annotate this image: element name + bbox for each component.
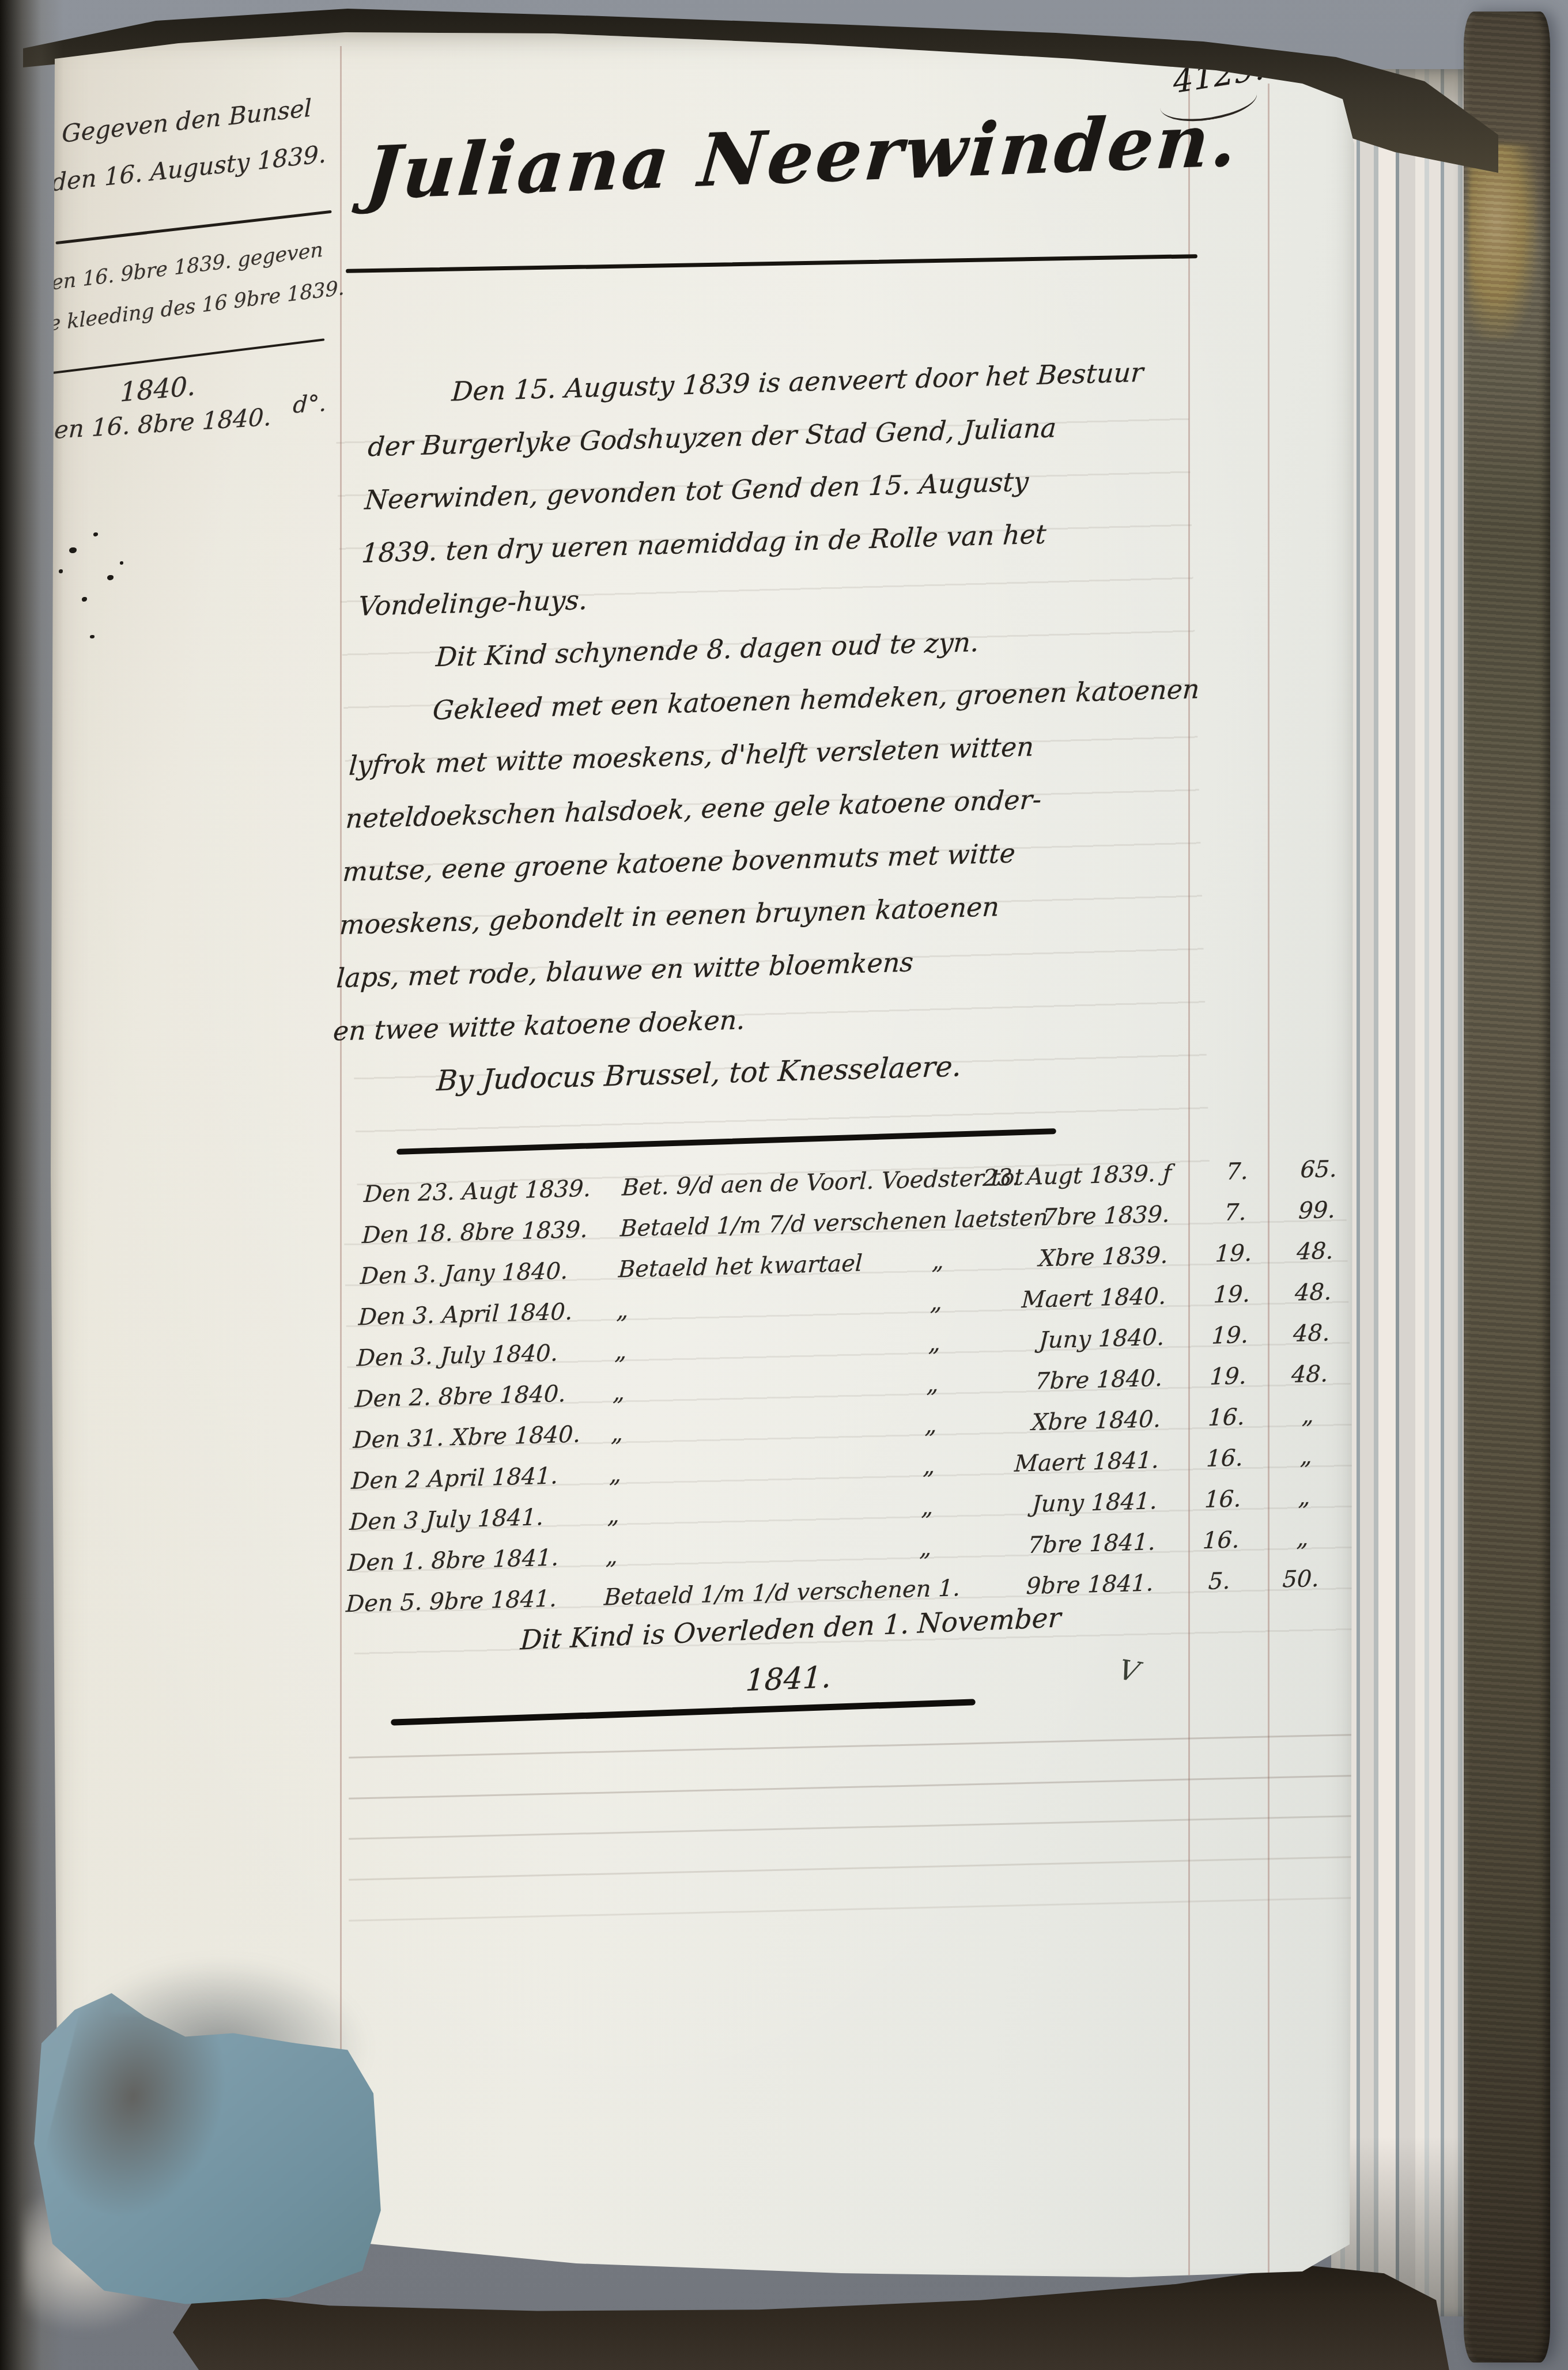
ink-speck bbox=[82, 597, 87, 602]
ink-speck bbox=[107, 575, 114, 580]
payment-period: 7bre 1839. bbox=[955, 1201, 1170, 1233]
payment-cents: 48. bbox=[1269, 1319, 1354, 1348]
payment-cents: 48. bbox=[1273, 1237, 1358, 1266]
register-book-photo: 4129. Gegeven den Bunsel den 16. Augusty… bbox=[0, 0, 1568, 2370]
entry-paragraph: Den 15. Augusty 1839 is aenveert door he… bbox=[328, 343, 1219, 1111]
payment-period: Maert 1841. bbox=[944, 1447, 1159, 1479]
payment-cents: 48. bbox=[1267, 1360, 1352, 1389]
payment-period: Maert 1840. bbox=[951, 1283, 1167, 1316]
payment-guilders: 19. bbox=[1192, 1280, 1272, 1309]
payment-cents: 99. bbox=[1275, 1196, 1359, 1225]
payment-guilders: 7. bbox=[1197, 1158, 1278, 1186]
ink-speck bbox=[93, 532, 98, 536]
payment-guilders: 5. bbox=[1179, 1567, 1260, 1596]
payment-guilders: 7. bbox=[1195, 1199, 1276, 1227]
payment-guilders: 16. bbox=[1181, 1526, 1261, 1555]
payment-guilders: 19. bbox=[1188, 1362, 1268, 1391]
payment-period: 7bre 1840. bbox=[947, 1365, 1163, 1397]
payment-guilders: 19. bbox=[1193, 1239, 1274, 1268]
payment-guilders: 19. bbox=[1189, 1321, 1270, 1350]
payment-guilders: 16. bbox=[1184, 1444, 1265, 1473]
ditto-mark: „ bbox=[905, 1534, 946, 1562]
margin-note-line: Den 16. 8bre 1840. bbox=[34, 403, 272, 445]
ink-speck bbox=[69, 547, 77, 553]
payment-guilders: 16. bbox=[1186, 1403, 1267, 1432]
payment-cents: 65. bbox=[1276, 1155, 1361, 1184]
blank-ruled-line bbox=[349, 1856, 1351, 1880]
blank-ruled-line bbox=[349, 1897, 1351, 1921]
payment-cents: „ bbox=[1264, 1442, 1348, 1471]
payment-cents: 50. bbox=[1259, 1565, 1343, 1594]
payment-period: Juny 1840. bbox=[950, 1324, 1165, 1356]
margin-note-year-1840: 1840. bbox=[120, 370, 196, 408]
ditto-mark: „ bbox=[910, 1412, 951, 1439]
payment-period: Xbre 1840. bbox=[946, 1406, 1161, 1438]
payment-period: Juny 1841. bbox=[942, 1488, 1158, 1520]
ink-speck bbox=[120, 561, 123, 565]
blank-ruled-line bbox=[349, 1775, 1351, 1799]
payment-period: Xbre 1839. bbox=[953, 1242, 1169, 1275]
ink-speck bbox=[90, 635, 95, 638]
book-gutter-shadow bbox=[0, 0, 63, 2370]
payments-table: Den 23. Augt 1839. Bet. 9/d aen de Voorl… bbox=[345, 1155, 1361, 1632]
payment-guilders: 16. bbox=[1182, 1485, 1263, 1514]
payment-cents: „ bbox=[1262, 1483, 1347, 1512]
title-underline bbox=[346, 254, 1197, 273]
payment-cents: „ bbox=[1260, 1524, 1345, 1553]
payment-period: 7bre 1841. bbox=[940, 1529, 1156, 1561]
margin-note-kleeding: Den 16. 9bre 1839. gegeven de kleeding d… bbox=[35, 228, 340, 346]
ditto-mark: „ bbox=[916, 1288, 957, 1316]
margin-divider-rule bbox=[36, 338, 325, 376]
margin-note-1840-clothing: Den 16. 8bre 1840. d°. bbox=[34, 399, 334, 445]
payment-period: 23. Augt 1839. ƒ bbox=[957, 1160, 1172, 1192]
blank-ruled-line bbox=[349, 1734, 1351, 1758]
entry-title-child-name: Juliana Neerwinden. bbox=[362, 97, 1233, 216]
leather-binding-edge bbox=[1464, 12, 1550, 2363]
ditto-mark: d°. bbox=[292, 390, 327, 419]
payment-cents: 48. bbox=[1271, 1278, 1356, 1307]
blank-ruled-line bbox=[349, 1815, 1351, 1839]
leather-texture bbox=[1464, 12, 1550, 2363]
payment-cents: „ bbox=[1265, 1401, 1350, 1430]
margin-rule-line bbox=[340, 46, 342, 2270]
margin-note-bunsel: Gegeven den Bunsel den 16. Augusty 1839. bbox=[51, 81, 338, 206]
